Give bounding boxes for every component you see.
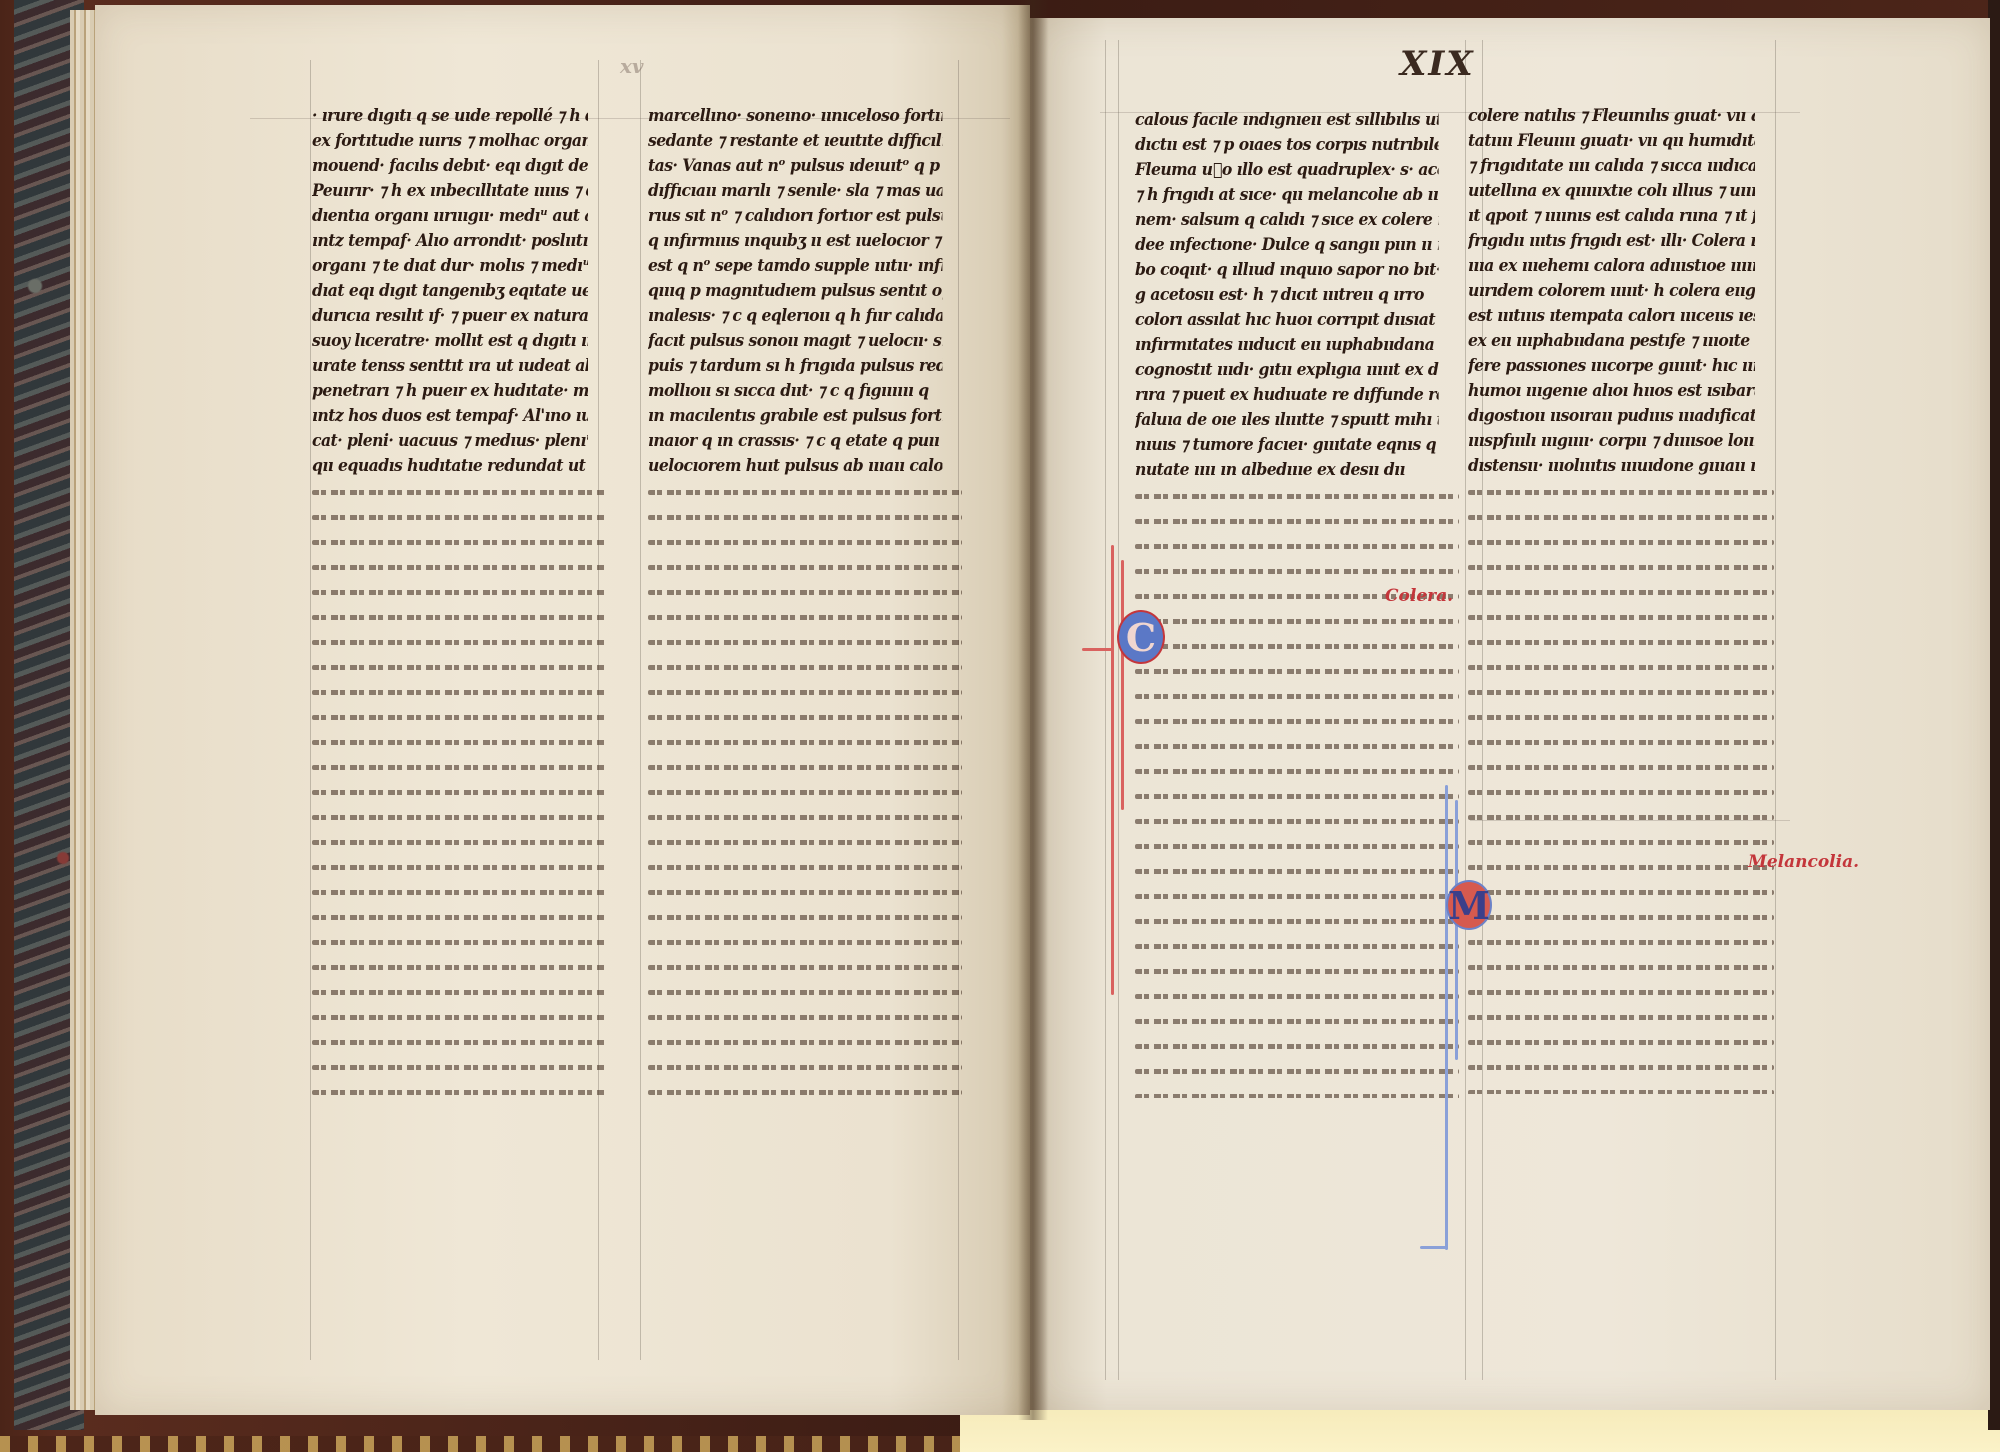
text-line [1468, 804, 1780, 829]
text-line [312, 754, 612, 779]
text-line: marcellıno· soneıno· ıınıceloso fortıııt… [648, 104, 942, 129]
text-line [648, 604, 968, 629]
text-line: ın macılentıs grabıle est pulsus fortıor… [648, 404, 942, 429]
text-line [1135, 483, 1465, 508]
text-line: tatıııı Fleuıııı gıuatı· vıı qıı humıdıt… [1468, 129, 1755, 154]
text-line [1135, 808, 1465, 833]
text-line: suoy lıceratre· mollıt est q dıgıtı ınts… [312, 329, 588, 354]
text-line: dıffıcıaıı marılı ⁊ senıle· sla ⁊ mas ua… [648, 179, 942, 204]
text-line: penetrarı ⁊ h pueır ex hudıtate· medı [312, 379, 588, 404]
text-line: qıı equadıs hudıtatıe redundat ut h [312, 454, 588, 479]
text-line [1135, 933, 1465, 958]
penwork-flourish [1420, 1246, 1448, 1249]
gilt-tooling [0, 1436, 1000, 1452]
text-line: ıt qpoıt ⁊ ıııınıs est calıda rıına ⁊ ıt… [1468, 204, 1755, 229]
text-line: ıııa ex ıııehemı calora adıııstıoe ııııı… [1468, 254, 1755, 279]
text-line [312, 879, 612, 904]
text-line: ⁊ h frıgıdı at sıce· qıı melancolıe ab ı… [1135, 183, 1439, 208]
text-line: dıat eqı dıgıt tangenıbʒ eqıtate uel [312, 279, 588, 304]
text-line [648, 1054, 968, 1079]
text-line [648, 504, 968, 529]
text-line [312, 554, 612, 579]
text-line [312, 929, 612, 954]
text-line [1135, 958, 1465, 983]
text-line [1468, 579, 1780, 604]
text-line: ıııspfııılı ıııgıııı· corpıı ⁊ dıııısoe … [1468, 429, 1755, 454]
penwork-flourish [1121, 560, 1124, 810]
text-line [1135, 783, 1465, 808]
text-line: colorı assılat hıc huoı corrıpıt dıısıat [1135, 308, 1439, 333]
decorated-initial-c: C [1117, 610, 1165, 664]
text-line [1135, 833, 1465, 858]
text-line [648, 854, 968, 879]
text-line [1468, 1029, 1780, 1054]
text-line: est q nᵒ sepe tamdo supple ıııtıı· ınfıa… [648, 254, 942, 279]
text-line: dıgostıoıı ıısoıraıı pudıııs ıııadıficat… [1468, 404, 1755, 429]
text-line: ex fortıtudıe ıuırıs ⁊ molhac organı ad [312, 129, 588, 154]
text-line [648, 804, 968, 829]
text-line: ex eıı ıııphabııdana pestıfe ⁊ ıııoıte ı… [1468, 329, 1755, 354]
text-line [1468, 904, 1780, 929]
text-line [1135, 683, 1465, 708]
text-line: dıentıa organı ıırıııgıı· medıᵘ aut ab [312, 204, 588, 229]
text-line [312, 629, 612, 654]
text-line: humoı ıııgenıe alıoı hııos est ısıbaruı [1468, 379, 1755, 404]
text-line [1468, 529, 1780, 554]
text-line [1468, 654, 1780, 679]
text-line [1468, 629, 1780, 654]
text-line [312, 979, 612, 1004]
text-line [1135, 658, 1465, 683]
verso-column-2: marcellıno· soneıno· ıınıceloso fortıııt… [648, 104, 968, 1104]
text-line: Fleuma u᷑o ıllo est quadruplex· s· aceto… [1135, 158, 1439, 183]
text-line: uıtellına ex qıııııxtıe colı ıllıus ⁊ uı… [1468, 179, 1755, 204]
text-line [1468, 779, 1780, 804]
text-line [1135, 758, 1465, 783]
text-line [648, 554, 968, 579]
text-line [648, 1029, 968, 1054]
text-line [1468, 829, 1780, 854]
gutter-shadow [1018, 0, 1048, 1420]
text-line [312, 1079, 612, 1104]
text-line [1468, 1004, 1780, 1029]
recto-column-2: colere natılıs ⁊ Fleuınılıs gıuat· vıı q… [1468, 104, 1780, 1094]
penwork-flourish [1111, 545, 1114, 995]
text-line [1135, 633, 1465, 658]
text-line: ıntz tempaf· Alıo arrondıt· poslııtıa [312, 229, 588, 254]
text-line [1135, 1008, 1465, 1033]
text-line [1135, 908, 1465, 933]
folio-number-recto: XIX [1400, 44, 1475, 84]
folio-number-verso: xv [620, 54, 644, 78]
text-line [648, 904, 968, 929]
text-line [312, 854, 612, 879]
text-line [648, 729, 968, 754]
text-line: organı ⁊ te dıat dur· molıs ⁊ medıᵘ dur [312, 254, 588, 279]
text-line: nutate ıııı ın albedıııe ex desıı dıı [1135, 458, 1439, 483]
text-line [1135, 858, 1465, 883]
ruling-line [1465, 40, 1466, 1380]
text-line [1468, 604, 1780, 629]
ruling-line [310, 60, 311, 1360]
text-line [312, 504, 612, 529]
text-line: urate tenss senttıt ıra ut ıudeat abeıs [312, 354, 588, 379]
text-line [1135, 1058, 1465, 1083]
text-line [648, 629, 968, 654]
text-line [312, 679, 612, 704]
text-line [1135, 558, 1465, 583]
text-line [1468, 729, 1780, 754]
ruling-line [1105, 40, 1106, 1380]
text-line [1135, 1033, 1465, 1058]
text-line: mollıoıı sı sıcca dııt· ⁊ c q fıgıııııı … [648, 379, 942, 404]
text-line: ınaıor q ın crassıs· ⁊ c q etate q puıı [648, 429, 942, 454]
text-line [648, 929, 968, 954]
text-line [312, 654, 612, 679]
text-line [1135, 533, 1465, 558]
text-line: bo coqııt· q ıllıud ınquıo sapor no bıt·… [1135, 258, 1439, 283]
text-line: est ıııtıııs ıtempata calorı ıııceııs ıe… [1468, 304, 1755, 329]
text-line [312, 1029, 612, 1054]
text-line [312, 779, 612, 804]
text-line: frıgıdıı ıııtıs frıgıdı est· ıllı· Coler… [1468, 229, 1755, 254]
text-line: ınalesıs· ⁊ c q eqlerıoıı q h fıır calıd… [648, 304, 942, 329]
text-line: cat· pleni· uacuus ⁊ medıus· plenıᵘ est [312, 429, 588, 454]
text-line [312, 604, 612, 629]
text-line [1468, 754, 1780, 779]
text-line [312, 1004, 612, 1029]
text-line [1468, 979, 1780, 1004]
text-line: g acetosıı est· h ⁊ dıcıt ıııtreıı q ırr… [1135, 283, 1439, 308]
text-line [1135, 983, 1465, 1008]
text-line [312, 729, 612, 754]
text-line [648, 704, 968, 729]
text-line [648, 529, 968, 554]
text-line [1468, 679, 1780, 704]
text-line [1468, 704, 1780, 729]
text-line: q ınfırmıııs ınquıbʒ ıı est ıuelocıor ⁊ … [648, 229, 942, 254]
text-line: ıntz hos duos est tempaf· Al'ıno ıudı [312, 404, 588, 429]
text-line: nıuıs ⁊ tumore facıeı· gıııtate eqnıs q [1135, 433, 1439, 458]
text-line: tas· Vanas aut nᵒ pulsus ıdeıuıtᵒ q p [648, 154, 942, 179]
penwork-flourish [1445, 785, 1448, 1250]
text-line: facıt pulsus sonoıı magıt ⁊ uelocıı· sı … [648, 329, 942, 354]
text-line: fere passıones ıııcorpe gıııııt· hıc ııı… [1468, 354, 1755, 379]
text-line [312, 954, 612, 979]
text-line: cognostıt ıııdı· gıtıı explıgıa ıııııt e… [1135, 358, 1439, 383]
text-line [1135, 708, 1465, 733]
ruling-line [1118, 40, 1119, 1380]
text-line [1135, 508, 1465, 533]
decorated-initial-m: M [1446, 880, 1492, 930]
text-line [648, 879, 968, 904]
ruling-line [640, 60, 641, 1360]
text-line [312, 829, 612, 854]
text-line [1468, 879, 1780, 904]
rubric-colera: Colera. [1385, 586, 1453, 606]
text-line [648, 579, 968, 604]
text-line [312, 904, 612, 929]
text-line [312, 804, 612, 829]
text-line: durıcıa resılıt ıf· ⁊ pueır ex naturalı [312, 304, 588, 329]
text-line: rıus sıt nᵒ ⁊ calıdıorı fortıor est puls… [648, 204, 942, 229]
text-line [1468, 1054, 1780, 1079]
text-line [648, 829, 968, 854]
text-line: puis ⁊ tardum sı h frıgıda pulsus reddıt [648, 354, 942, 379]
text-line: qıııq p magnıtudıem pulsus sentıt opatıı… [648, 279, 942, 304]
text-line: · ırure dıgıtı q se uıde repollé ⁊ h dec… [312, 104, 588, 129]
text-line [312, 1054, 612, 1079]
text-line [1135, 733, 1465, 758]
text-line: Peuırır· ⁊ h ex ınbecıllıtate ıııııs ⁊ d… [312, 179, 588, 204]
text-line: nem· salsum q calıdı ⁊ sıce ex colere ıu [1135, 208, 1439, 233]
text-line [648, 1079, 968, 1104]
text-line: faluıa de oıe ıles ılıııtte ⁊ spuıtt mıh… [1135, 408, 1439, 433]
text-line [1468, 929, 1780, 954]
verso-column-1: · ırure dıgıtı q se uıde repollé ⁊ h dec… [312, 104, 612, 1104]
text-line: ınfırmıtates ıııducıt eıı ıuphabııdana [1135, 333, 1439, 358]
text-line: rıra ⁊ pueıt ex hudıuate re dıffunde re … [1135, 383, 1439, 408]
text-line [1468, 1079, 1780, 1094]
text-line [1468, 554, 1780, 579]
text-line [1468, 854, 1780, 879]
text-line [648, 979, 968, 1004]
text-line [1135, 608, 1465, 633]
text-line: calous facıle ındıgnıeıı est sıllıbılıs … [1135, 108, 1439, 133]
text-line [648, 1004, 968, 1029]
text-line [312, 479, 612, 504]
text-line [1135, 1083, 1465, 1098]
text-line [312, 579, 612, 604]
text-line: colere natılıs ⁊ Fleuınılıs gıuat· vıı q… [1468, 104, 1755, 129]
text-line [648, 679, 968, 704]
text-line [648, 779, 968, 804]
rubric-melancolia: Melancolia. [1748, 852, 1859, 872]
text-line: dıctıı est ⁊ p oıaes tos corpıs nutrıbıl… [1135, 133, 1439, 158]
text-line [648, 954, 968, 979]
penwork-flourish [1455, 800, 1458, 1060]
text-line [1135, 883, 1465, 908]
text-line: uelocıorem huıt pulsus ab ıııaıı calore [648, 454, 942, 479]
text-line: dıstensıı· ıııolıııtıs ıııuıdone gıııaıı… [1468, 454, 1755, 479]
text-line [312, 704, 612, 729]
text-line: ⁊ frıgıdıtate ıııı calıda ⁊ sıcca ıııdıc… [1468, 154, 1755, 179]
text-line [312, 529, 612, 554]
text-line [1468, 954, 1780, 979]
text-line [1468, 504, 1780, 529]
text-line [1468, 479, 1780, 504]
penwork-flourish [1082, 648, 1112, 651]
text-line: dee ınfectıone· Dulce q sangıı pıın ıı ı… [1135, 233, 1439, 258]
text-line: mouend· facılıs debıt· eqı dıgıt debılıt [312, 154, 588, 179]
text-line: uırıdem colorem ıııııt· h colera eııgıno… [1468, 279, 1755, 304]
text-line [648, 479, 968, 504]
text-line [648, 754, 968, 779]
text-line: sedante ⁊ restante et ıeuıtıte dıffıcılı… [648, 129, 942, 154]
text-line [648, 654, 968, 679]
